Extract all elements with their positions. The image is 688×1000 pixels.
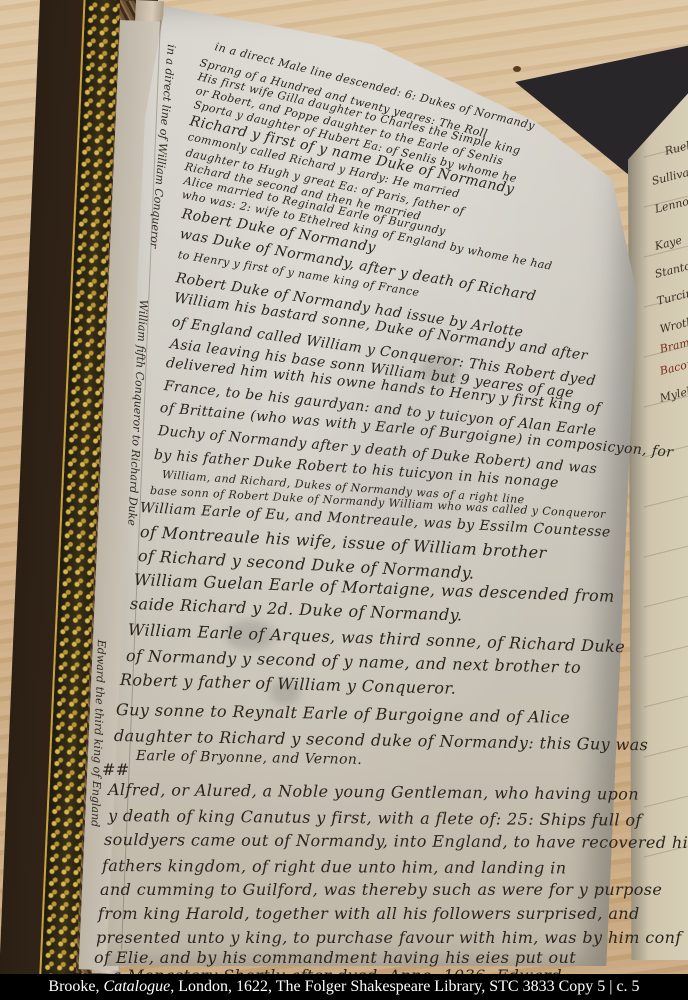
- margin-note: Edward the third king of England: [88, 640, 108, 828]
- caption-author: Brooke,: [48, 978, 99, 995]
- ms-line: Robert y father of William y Conqueror.: [120, 670, 457, 698]
- manuscript-photograph: Ruelt Sullivan Lennox Kaye Stanton Turci…: [0, 0, 688, 974]
- ms-line: from king Harold, together with all his …: [98, 904, 640, 923]
- ms-line: Guy sonne to Reynalt Earle of Burgoigne …: [116, 700, 570, 727]
- caption-bar: Brooke, Catalogue, London, 1622, The Fol…: [0, 974, 688, 1000]
- caption-title: Catalogue: [104, 978, 171, 995]
- ms-line: a Monastery Shortly after dyed. Anno: 10…: [112, 966, 562, 974]
- ms-line: souldyers came out of Normandy, into Eng…: [104, 830, 688, 852]
- ms-line: Earle of Bryonne, and Vernon.: [136, 748, 362, 768]
- margin-note: in a direct line of William Conqueror: [147, 44, 178, 249]
- ms-line: fathers kingdom, of right due unto him, …: [102, 856, 567, 877]
- ms-line: presented unto y king, to purchase favou…: [96, 928, 682, 947]
- manuscript-text: in a direct Male line descended: 6: Duke…: [0, 0, 688, 974]
- margin-note: William fifth Conqueror to Richard Duke: [125, 299, 150, 526]
- caption-details: , London, 1622, The Folger Shakespeare L…: [170, 978, 639, 995]
- ms-line: of Elie, and by his commandment having h…: [94, 948, 576, 967]
- ms-line: ##: [102, 760, 130, 779]
- image-caption: Brooke, Catalogue, London, 1622, The Fol…: [48, 978, 639, 996]
- ms-line: Alfred, or Alured, a Noble young Gentlem…: [108, 780, 639, 804]
- ms-line: and cumming to Guilford, was thereby suc…: [100, 880, 662, 899]
- ms-line: y death of king Canutus y first, with a …: [108, 806, 642, 830]
